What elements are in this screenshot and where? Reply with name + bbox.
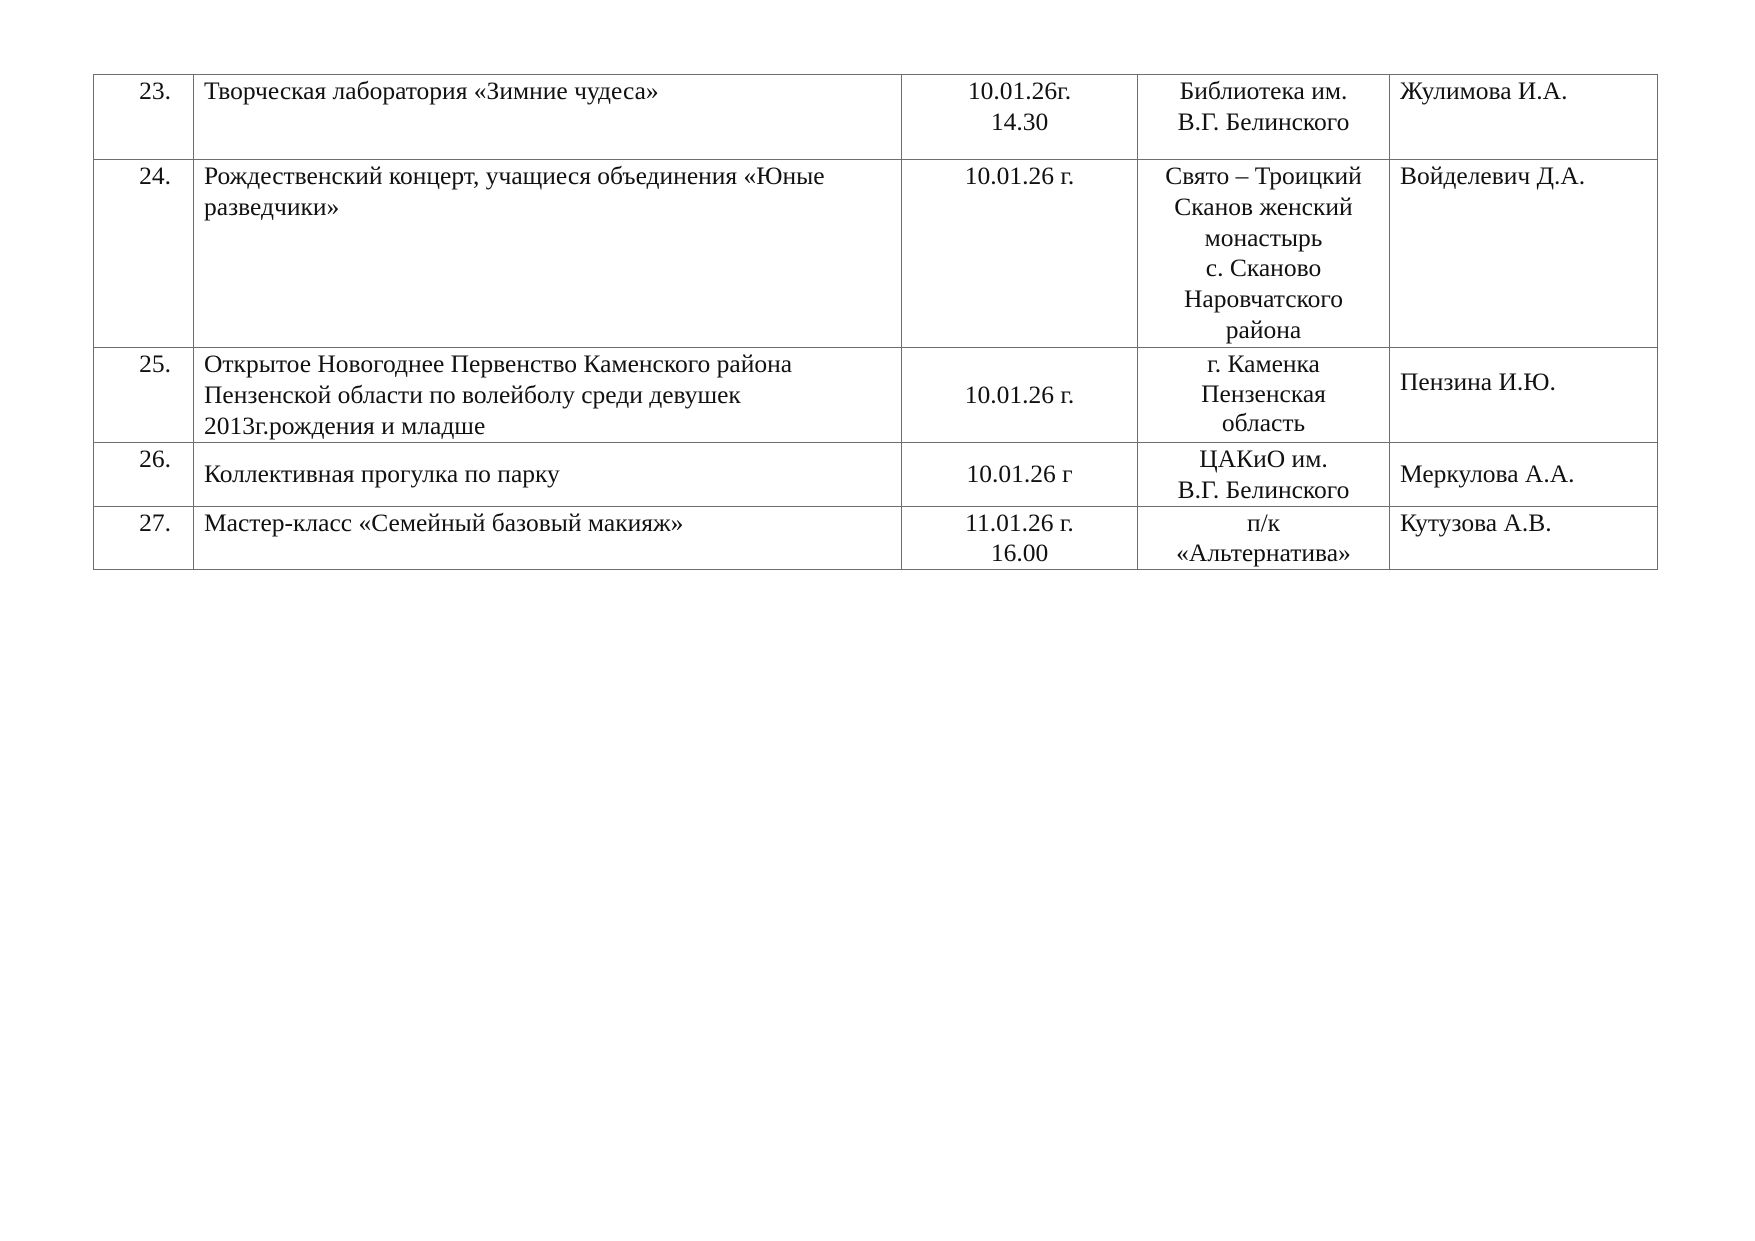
row-number: 23. bbox=[94, 75, 194, 160]
event-name: Открытое Новогоднее Первенство Каменског… bbox=[194, 348, 902, 443]
event-place-line: с. Сканово bbox=[1138, 253, 1389, 284]
event-name-line: Творческая лаборатория «Зимние чудеса» bbox=[204, 76, 897, 107]
event-place: Свято – Троицкий Сканов женский монастыр… bbox=[1138, 160, 1390, 348]
event-place-line: В.Г. Белинского bbox=[1138, 475, 1389, 506]
event-name: Коллективная прогулка по парку bbox=[194, 443, 902, 507]
event-date-line: 11.01.26 г. bbox=[902, 508, 1137, 539]
table-row: 23. Творческая лаборатория «Зимние чудес… bbox=[94, 75, 1658, 160]
event-date: 11.01.26 г. 16.00 bbox=[902, 506, 1138, 570]
event-place-line: Наровчатского bbox=[1138, 284, 1389, 315]
event-responsible: Пензина И.Ю. bbox=[1390, 348, 1658, 443]
table-row: 26. Коллективная прогулка по парку 10.01… bbox=[94, 443, 1658, 507]
event-date-line: 10.01.26 г. bbox=[902, 161, 1137, 192]
event-date-line: 10.01.26 г. bbox=[902, 380, 1137, 411]
event-name-line: Пензенской области по волейболу среди де… bbox=[204, 380, 897, 411]
event-place-line: г. Каменка bbox=[1138, 349, 1389, 379]
event-name-line: разведчики» bbox=[204, 192, 897, 223]
event-name: Мастер-класс «Семейный базовый макияж» bbox=[194, 506, 902, 570]
event-date: 10.01.26 г. bbox=[902, 348, 1138, 443]
table-row: 27. Мастер-класс «Семейный базовый макия… bbox=[94, 506, 1658, 570]
event-place-line: Сканов женский bbox=[1138, 192, 1389, 223]
event-name-line: 2013г.рождения и младше bbox=[204, 411, 897, 442]
event-name-line: Рождественский концерт, учащиеся объедин… bbox=[204, 161, 897, 192]
table-row: 24. Рождественский концерт, учащиеся объ… bbox=[94, 160, 1658, 348]
event-place-line: Пензенская bbox=[1138, 379, 1389, 409]
table-row: 25. Открытое Новогоднее Первенство Камен… bbox=[94, 348, 1658, 443]
event-place: п/к «Альтернатива» bbox=[1138, 506, 1390, 570]
event-name: Творческая лаборатория «Зимние чудеса» bbox=[194, 75, 902, 160]
event-place-line: п/к bbox=[1138, 508, 1389, 539]
event-place-line: района bbox=[1138, 315, 1389, 346]
event-place: г. Каменка Пензенская область bbox=[1138, 348, 1390, 443]
event-place-line: область bbox=[1138, 408, 1389, 438]
row-number: 27. bbox=[94, 506, 194, 570]
event-date: 10.01.26г. 14.30 bbox=[902, 75, 1138, 160]
event-responsible: Меркулова А.А. bbox=[1390, 443, 1658, 507]
event-name-line: Мастер-класс «Семейный базовый макияж» bbox=[204, 508, 897, 539]
event-date-line: 10.01.26 г bbox=[902, 459, 1137, 490]
row-number: 24. bbox=[94, 160, 194, 348]
row-number: 26. bbox=[94, 443, 194, 507]
event-date: 10.01.26 г bbox=[902, 443, 1138, 507]
event-time-line: 16.00 bbox=[902, 538, 1137, 569]
event-responsible: Кутузова А.В. bbox=[1390, 506, 1658, 570]
event-time-line: 14.30 bbox=[902, 107, 1137, 138]
event-name: Рождественский концерт, учащиеся объедин… bbox=[194, 160, 902, 348]
event-date: 10.01.26 г. bbox=[902, 160, 1138, 348]
event-name-line: Открытое Новогоднее Первенство Каменског… bbox=[204, 349, 897, 380]
event-place-line: монастырь bbox=[1138, 223, 1389, 254]
event-place-line: В.Г. Белинского bbox=[1138, 107, 1389, 138]
event-responsible: Войделевич Д.А. bbox=[1390, 160, 1658, 348]
event-place-line: «Альтернатива» bbox=[1138, 538, 1389, 569]
row-number: 25. bbox=[94, 348, 194, 443]
event-place: ЦАКиО им. В.Г. Белинского bbox=[1138, 443, 1390, 507]
event-place-line: ЦАКиО им. bbox=[1138, 444, 1389, 475]
event-name-line: Коллективная прогулка по парку bbox=[204, 459, 897, 490]
event-place: Библиотека им. В.Г. Белинского bbox=[1138, 75, 1390, 160]
document-page: 23. Творческая лаборатория «Зимние чудес… bbox=[0, 0, 1755, 1241]
event-place-line: Библиотека им. bbox=[1138, 76, 1389, 107]
event-date-line: 10.01.26г. bbox=[902, 76, 1137, 107]
events-table: 23. Творческая лаборатория «Зимние чудес… bbox=[93, 74, 1658, 570]
event-responsible: Жулимова И.А. bbox=[1390, 75, 1658, 160]
event-place-line: Свято – Троицкий bbox=[1138, 161, 1389, 192]
